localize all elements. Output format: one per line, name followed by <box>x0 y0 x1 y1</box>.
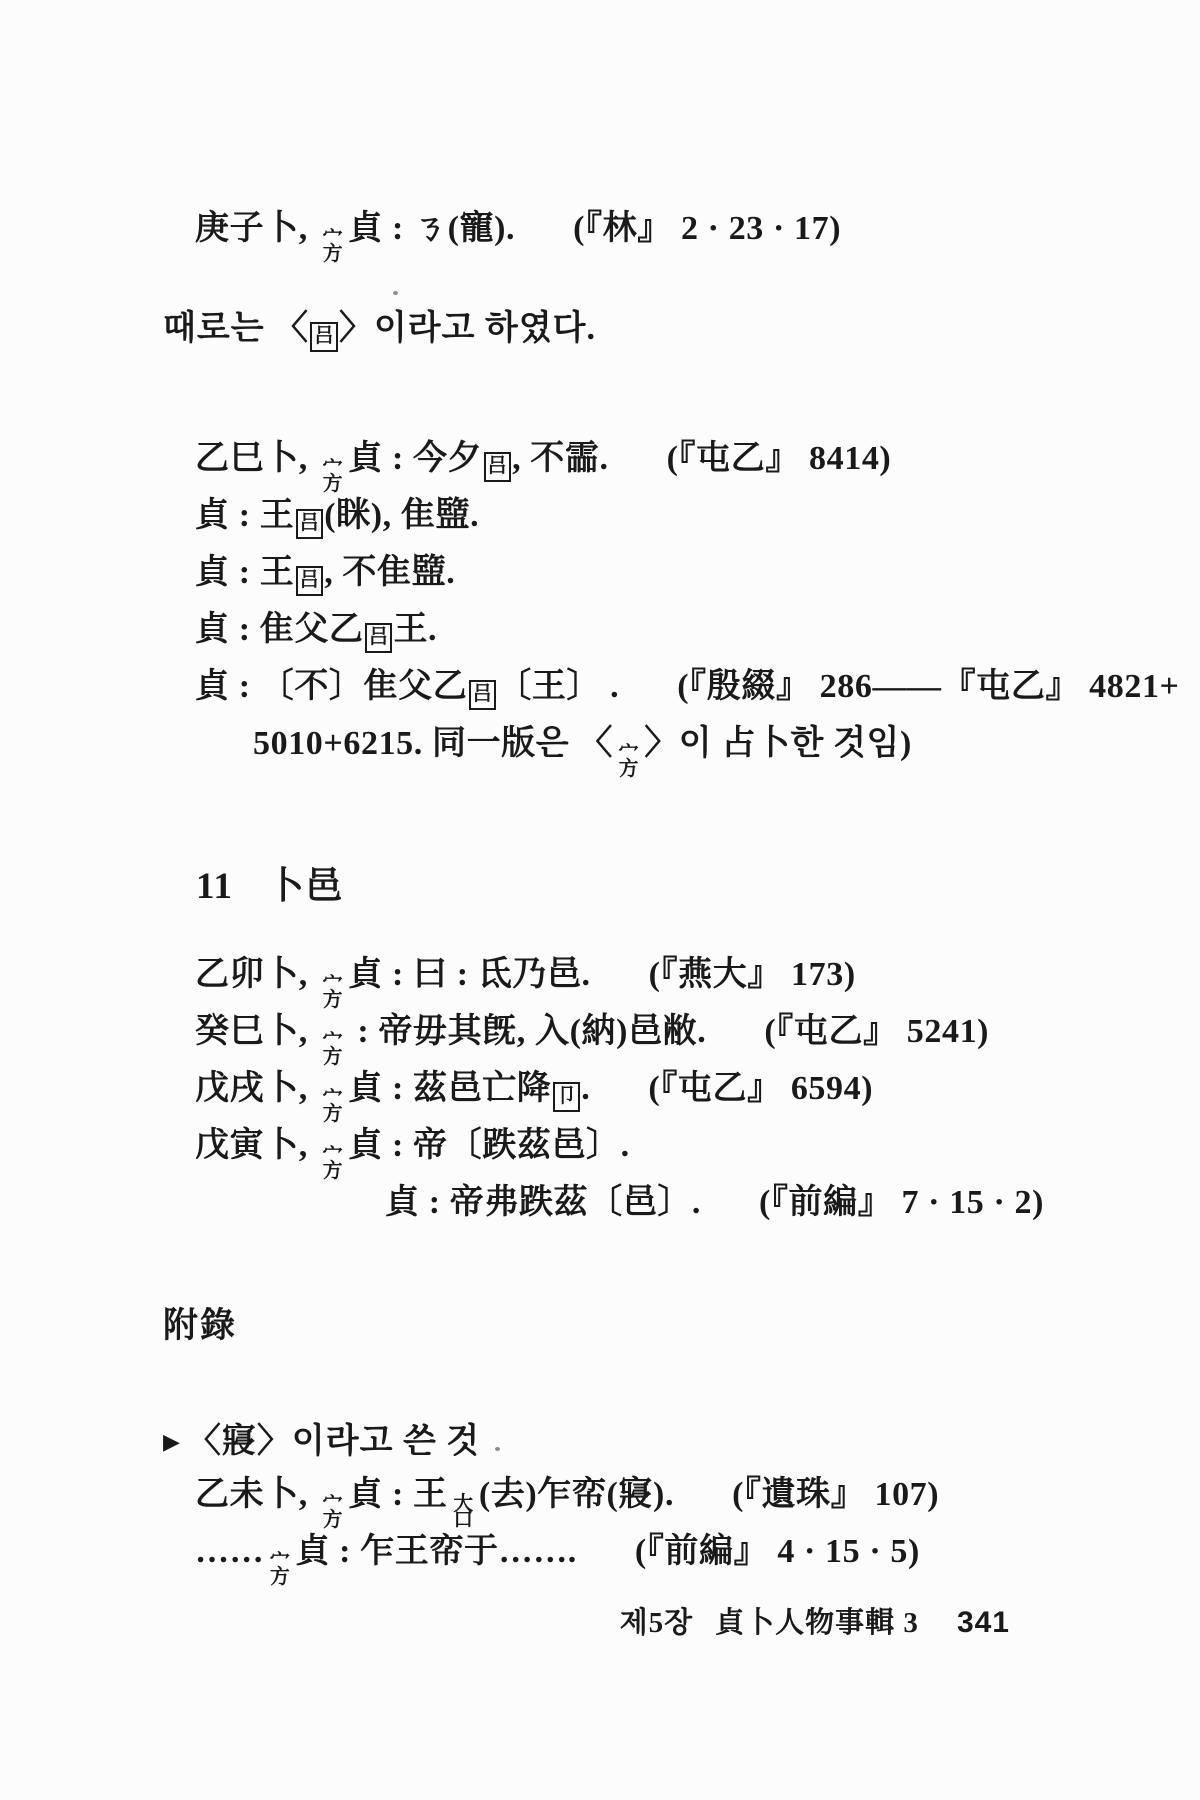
footer-page-number: 341 <box>957 1606 1010 1639</box>
line-text: 戊戌卜, 宀方貞 : 茲邑亡降卩. <box>195 1070 590 1107</box>
citation: (『林』 2 · 23 · 17) <box>573 210 841 247</box>
section-heading: 11卜邑 <box>196 855 343 909</box>
scan-speck <box>495 1447 500 1451</box>
oracle-line: ……宀方貞 : 乍王帟于…….(『前編』 4 · 15 · 5) <box>195 1523 939 1580</box>
oracle-line-continuation: 5010+6215. 同一版은 〈宀方〉이 占卜한 것임) <box>195 715 1180 772</box>
footer-chapter: 제5장 <box>620 1607 694 1639</box>
citation: (『前編』 4 · 15 · 5) <box>635 1533 920 1570</box>
document-page: 庚子卜, 宀方貞 : ㄋ(寵).(『林』 2 · 23 · 17) 때로는 〈吕… <box>0 0 1200 1800</box>
line-text: 乙巳卜, 宀方貞 : 今夕吕, 不霝. <box>195 440 609 477</box>
page-footer: 제5장貞卜人物事輯 3341 <box>620 1600 1010 1641</box>
oracle-glyph: 宀方 <box>317 231 348 263</box>
oracle-block-a: 乙巳卜, 宀方貞 : 今夕吕, 不霝.(『屯乙』 8414) 貞 : 王吕(眯)… <box>195 430 1180 772</box>
line-text: 貞 : 王吕, 不隹盬. <box>195 554 455 591</box>
oracle-glyph: 吕 <box>310 322 337 352</box>
oracle-line: 戊寅卜, 宀方貞 : 帝〔跌茲邑〕. <box>195 1117 1044 1174</box>
citation: (『前編』 7 · 15 · 2) <box>759 1184 1044 1221</box>
line-text: 貞 : 隹父乙吕王. <box>195 611 437 648</box>
line-text: 貞 : 帝弗跌茲〔邑〕. <box>385 1184 701 1221</box>
section-title: 卜邑 <box>267 866 343 907</box>
oracle-line: 乙巳卜, 宀方貞 : 今夕吕, 不霝.(『屯乙』 8414) <box>195 430 1180 487</box>
line-text: 5010+6215. 同一版은 〈宀方〉이 占卜한 것임) <box>253 725 912 762</box>
oracle-glyph: 吕 <box>296 566 323 596</box>
oracle-glyph: 宀方 <box>264 1554 295 1586</box>
oracle-glyph: 宀方 <box>613 746 644 778</box>
oracle-glyph: 卩 <box>553 1082 580 1112</box>
oracle-line: 貞 : 〔不〕隹父乙吕〔王〕 .(『殷綴』 286——『屯乙』 4821+ <box>195 658 1180 715</box>
citation: (『屯乙』 6594) <box>648 1070 873 1107</box>
footer-book-title: 貞卜人物事輯 3 <box>715 1607 919 1639</box>
oracle-glyph: 吕 <box>484 452 511 482</box>
scan-speck <box>393 291 398 295</box>
citation: (『屯乙』 8414) <box>667 440 892 477</box>
oracle-line: 貞 : 隹父乙吕王. <box>195 601 1180 658</box>
oracle-line: 乙卯卜, 宀方貞 : 曰 : 氐乃邑.(『燕大』 173) <box>195 946 1044 1003</box>
citation: (『遺珠』 107) <box>732 1476 939 1513</box>
line-text: 貞 : 王吕(眯), 隹盬. <box>195 497 479 534</box>
oracle-glyph: 吕 <box>365 623 392 653</box>
bullet-text: 〈寢〉이라고 쓴 것 <box>187 1423 480 1460</box>
intro-paragraph: 때로는 〈吕〉이라고 하였다. <box>163 300 596 352</box>
oracle-line: 癸巳卜, 宀方 : 帝毋其旣, 入(納)邑敝.(『屯乙』 5241) <box>195 1003 1044 1060</box>
citation: (『燕大』 173) <box>649 956 856 993</box>
triangle-bullet-icon: ▶ <box>163 1429 181 1454</box>
appendix-bullet: ▶〈寢〉이라고 쓴 것 <box>163 1413 480 1462</box>
oracle-glyph: 宀方 <box>317 1148 348 1180</box>
oracle-line: 貞 : 帝弗跌茲〔邑〕.(『前編』 7 · 15 · 2) <box>195 1174 1044 1231</box>
line-text: 癸巳卜, 宀方 : 帝毋其旣, 入(納)邑敝. <box>195 1013 706 1050</box>
oracle-line: 貞 : 王吕(眯), 隹盬. <box>195 487 1180 544</box>
appendix-title: 附錄 <box>163 1298 237 1348</box>
citation: (『屯乙』 5241) <box>764 1013 989 1050</box>
line-text: 乙未卜, 宀方貞 : 王大口(去)乍帟(寢). <box>195 1476 674 1513</box>
line-text: 貞 : 〔不〕隹父乙吕〔王〕 . <box>195 668 619 705</box>
oracle-block-b: 乙卯卜, 宀方貞 : 曰 : 氐乃邑.(『燕大』 173) 癸巳卜, 宀方 : … <box>195 946 1044 1231</box>
oracle-glyph: 吕 <box>469 680 496 710</box>
oracle-glyph: 吕 <box>296 509 323 539</box>
citation: (『殷綴』 286——『屯乙』 4821+ <box>677 668 1179 705</box>
line-text: ……宀方貞 : 乍王帟于……. <box>195 1533 577 1570</box>
appendix-block: 乙未卜, 宀方貞 : 王大口(去)乍帟(寢).(『遺珠』 107) ……宀方貞 … <box>195 1466 939 1580</box>
line-text: 庚子卜, 宀方貞 : ㄋ(寵). <box>195 210 515 247</box>
oracle-line: 戊戌卜, 宀方貞 : 茲邑亡降卩.(『屯乙』 6594) <box>195 1060 1044 1117</box>
oracle-line: 庚子卜, 宀方貞 : ㄋ(寵).(『林』 2 · 23 · 17) <box>195 200 841 257</box>
section-number: 11 <box>196 866 233 907</box>
line-text: 戊寅卜, 宀方貞 : 帝〔跌茲邑〕. <box>195 1127 630 1164</box>
line-text: 乙卯卜, 宀方貞 : 曰 : 氐乃邑. <box>195 956 591 993</box>
oracle-line: 乙未卜, 宀方貞 : 王大口(去)乍帟(寢).(『遺珠』 107) <box>195 1466 939 1523</box>
oracle-line: 貞 : 王吕, 不隹盬. <box>195 544 1180 601</box>
